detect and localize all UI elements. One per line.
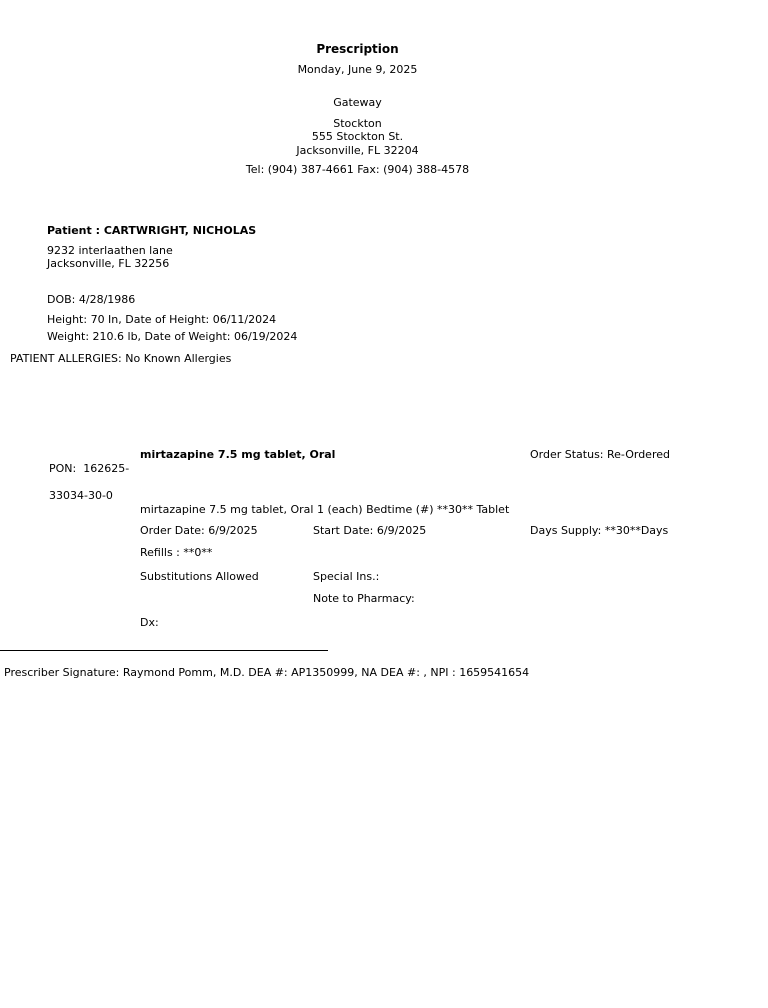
clinic-organization: Gateway	[0, 96, 715, 109]
prescription-document: Prescription Monday, June 9, 2025 Gatewa…	[0, 0, 768, 1008]
clinic-address-street: 555 Stockton St.	[0, 130, 715, 143]
clinic-tel-fax: Tel: (904) 387-4661 Fax: (904) 388-4578	[0, 163, 715, 176]
order-date: Order Date: 6/9/2025	[140, 524, 258, 537]
patient-address-city: Jacksonville, FL 32256	[47, 257, 169, 270]
order-pon: PON: 162625- 33034-30-0	[35, 448, 135, 516]
patient-weight: Weight: 210.6 lb, Date of Weight: 06/19/…	[47, 330, 297, 343]
order-sig: mirtazapine 7.5 mg tablet, Oral 1 (each)…	[140, 503, 509, 516]
clinic-facility: Stockton	[0, 117, 715, 130]
order-dx: Dx:	[140, 616, 159, 629]
patient-height: Height: 70 In, Date of Height: 06/11/202…	[47, 313, 276, 326]
order-status: Order Status: Re-Ordered	[530, 448, 670, 461]
patient-address-street: 9232 interlaathen lane	[47, 244, 173, 257]
order-pon-line1: PON: 162625-	[49, 462, 129, 475]
document-title: Prescription	[0, 43, 715, 56]
order-drug-title: mirtazapine 7.5 mg tablet, Oral	[140, 448, 335, 461]
patient-allergies: PATIENT ALLERGIES: No Known Allergies	[10, 352, 231, 365]
order-pon-line2: 33034-30-0	[49, 489, 113, 502]
order-note-to-pharmacy: Note to Pharmacy:	[313, 592, 415, 605]
order-days-supply: Days Supply: **30**Days	[530, 524, 668, 537]
prescriber-signature-line: Prescriber Signature: Raymond Pomm, M.D.…	[4, 666, 529, 679]
order-substitutions: Substitutions Allowed	[140, 570, 259, 583]
document-date: Monday, June 9, 2025	[0, 63, 715, 76]
order-start-date: Start Date: 6/9/2025	[313, 524, 426, 537]
patient-name: Patient : CARTWRIGHT, NICHOLAS	[47, 224, 256, 237]
signature-rule	[0, 650, 328, 651]
order-special-instructions: Special Ins.:	[313, 570, 379, 583]
order-refills: Refills : **0**	[140, 546, 212, 559]
patient-dob: DOB: 4/28/1986	[47, 293, 135, 306]
clinic-address-city: Jacksonville, FL 32204	[0, 144, 715, 157]
